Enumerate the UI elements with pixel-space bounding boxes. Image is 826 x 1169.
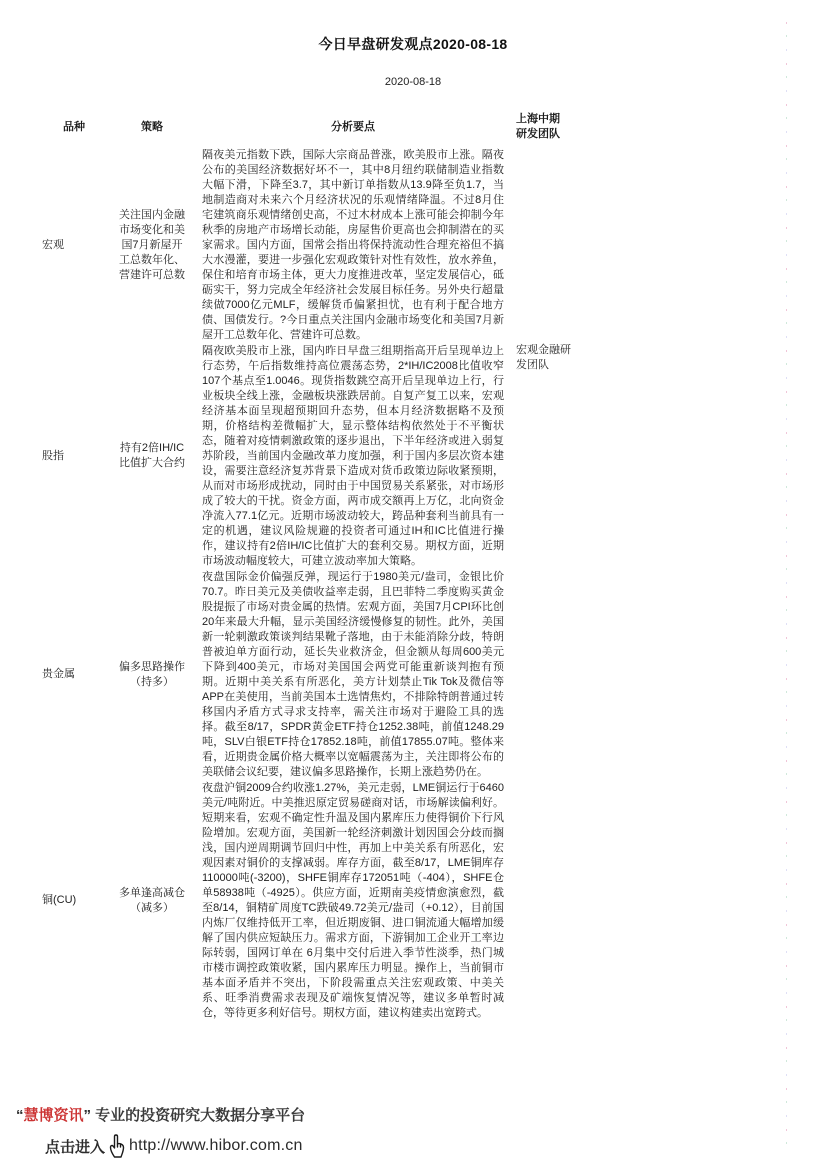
quote-open: “ (16, 1107, 24, 1124)
table-header-row: 品种 策略 分析要点 上海中期研发团队 (40, 110, 548, 144)
document-date: 2020-08-18 (0, 76, 826, 88)
report-table: 品种 策略 分析要点 上海中期研发团队 宏观 关注国内金融市场变化和美国7月新屋… (40, 110, 548, 1021)
strategy-cell: 持有2倍IH/IC比值扩大合约 (108, 343, 196, 569)
document-page: 今日早盘研发观点2020-08-18 2020-08-18 品种 策略 分析要点… (0, 0, 826, 1169)
variety-cell: 宏观 (40, 147, 108, 343)
quote-close: ” (84, 1107, 92, 1124)
team-cell (516, 780, 572, 1021)
hibor-brand: 慧博资讯 (24, 1107, 84, 1124)
header-strategy: 策略 (108, 110, 196, 144)
variety-label: 股指 (40, 449, 64, 464)
strategy-text: 偏多思路操作（持多） (116, 660, 188, 690)
variety-label: 铜(CU) (40, 893, 76, 908)
team-cell: 宏观金融研发团队 (516, 343, 572, 569)
variety-cell: 铜(CU) (40, 780, 108, 1021)
variety-cell: 贵金属 (40, 569, 108, 780)
header-analysis: 分析要点 (202, 110, 504, 144)
strategy-cell: 关注国内金融市场变化和美国7月新屋开工总数年化、营建许可总数 (108, 147, 196, 343)
strategy-text: 多单逢高减仓（减多） (116, 886, 188, 916)
team-label: 宏观金融研发团队 (516, 343, 572, 373)
table-row-index-futures: 股指 持有2倍IH/IC比值扩大合约 隔夜欧美股市上涨，国内昨日早盘三组期指高开… (40, 343, 548, 569)
scan-artifact-line (786, 22, 787, 1150)
analysis-cell: 隔夜美元指数下跌，国际大宗商品普涨，欧美股市上涨。隔夜公布的美国经济数据好坏不一… (202, 147, 504, 343)
strategy-text: 持有2倍IH/IC比值扩大合约 (116, 441, 188, 471)
hibor-url-link[interactable]: http://www.hibor.com.cn (129, 1137, 303, 1155)
hibor-tagline-line: “慧博资讯” 专业的投资研究大数据分享平台 (16, 1104, 436, 1125)
team-cell (516, 147, 572, 343)
variety-label: 贵金属 (40, 667, 75, 682)
table-row-copper: 铜(CU) 多单逢高减仓（减多） 夜盘沪铜2009合约收涨1.27%，美元走弱，… (40, 780, 548, 1021)
team-cell (516, 569, 572, 780)
strategy-text: 关注国内金融市场变化和美国7月新屋开工总数年化、营建许可总数 (116, 208, 188, 283)
hand-cursor-icon (107, 1133, 127, 1163)
header-team: 上海中期研发团队 (516, 110, 572, 144)
analysis-text: 隔夜美元指数下跌，国际大宗商品普涨，欧美股市上涨。隔夜公布的美国经济数据好坏不一… (202, 147, 504, 343)
analysis-cell: 夜盘沪铜2009合约收涨1.27%，美元走弱，LME铜运行于6460美元/吨附近… (202, 780, 504, 1021)
hibor-tagline: 专业的投资研究大数据分享平台 (91, 1107, 305, 1124)
table-row-precious-metals: 贵金属 偏多思路操作（持多） 夜盘国际金价偏强反弹，现运行于1980美元/盎司，… (40, 569, 548, 780)
variety-cell: 股指 (40, 343, 108, 569)
hibor-footer: “慧博资讯” 专业的投资研究大数据分享平台 点击进入 http://www.hi… (16, 1104, 436, 1161)
document-title: 今日早盘研发观点2020-08-18 (0, 0, 826, 54)
header-variety: 品种 (40, 110, 108, 144)
hibor-cta[interactable]: 点击进入 (45, 1136, 105, 1157)
analysis-text: 夜盘国际金价偏强反弹，现运行于1980美元/盎司，金银比价70.7。昨日美元及美… (202, 569, 504, 780)
hibor-link-line: 点击进入 http://www.hibor.com.cn (45, 1131, 436, 1161)
header-team-text: 上海中期研发团队 (516, 112, 560, 142)
table-row-macro: 宏观 关注国内金融市场变化和美国7月新屋开工总数年化、营建许可总数 隔夜美元指数… (40, 147, 548, 343)
analysis-text: 夜盘沪铜2009合约收涨1.27%，美元走弱，LME铜运行于6460美元/吨附近… (202, 780, 504, 1021)
analysis-cell: 夜盘国际金价偏强反弹，现运行于1980美元/盎司，金银比价70.7。昨日美元及美… (202, 569, 504, 780)
analysis-cell: 隔夜欧美股市上涨，国内昨日早盘三组期指高开后呈现单边上行态势，午后指数维持高位震… (202, 343, 504, 569)
strategy-cell: 多单逢高减仓（减多） (108, 780, 196, 1021)
analysis-text: 隔夜欧美股市上涨，国内昨日早盘三组期指高开后呈现单边上行态势，午后指数维持高位震… (202, 343, 504, 569)
variety-label: 宏观 (40, 238, 64, 253)
strategy-cell: 偏多思路操作（持多） (108, 569, 196, 780)
